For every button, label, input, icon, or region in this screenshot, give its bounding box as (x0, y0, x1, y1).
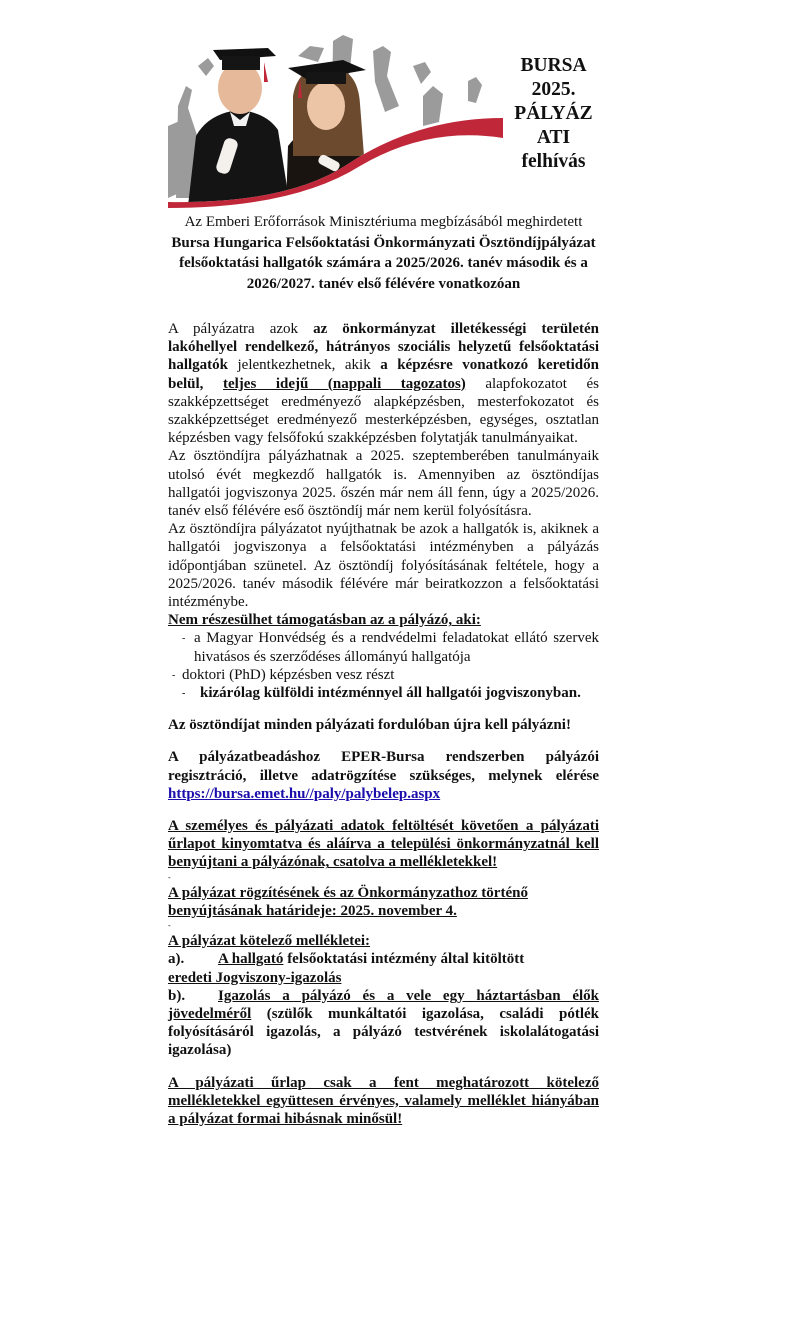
eligibility-paragraph: A pályázatra azok az önkormányzat illeté… (168, 320, 599, 447)
attachment-label: a). (168, 950, 218, 968)
text: jelentkezhetnek, akik (228, 357, 380, 373)
intro: Az Emberi Erőforrások Minisztériuma megb… (168, 212, 599, 294)
list-item-text: doktori (PhD) képzésben vesz részt (182, 667, 394, 683)
stray-mark: - (168, 920, 599, 932)
scholarship-title: Bursa Hungarica Felsőoktatási Önkormányz… (168, 233, 599, 295)
attachments-heading: A pályázat kötelező mellékletei: (168, 932, 599, 950)
text: A pályázatbeadáshoz EPER-Bursa rendszerb… (168, 749, 599, 783)
dash-bullet-icon: - (172, 667, 175, 685)
registration-notice: A pályázatbeadáshoz EPER-Bursa rendszerb… (168, 748, 599, 803)
list-item-text: a Magyar Honvédség és a rendvédelmi fela… (194, 630, 599, 664)
title-line: PÁLYÁZ (508, 102, 599, 126)
eper-bursa-link[interactable]: https://bursa.emet.hu//paly/palybelep.as… (168, 786, 440, 802)
title-line: 2025. (508, 78, 599, 102)
exclusions-heading: Nem részesülhet támogatásban az a pályáz… (168, 611, 599, 629)
ministry-line: Az Emberi Erőforrások Minisztériuma megb… (168, 212, 599, 233)
title-line: ATI (508, 126, 599, 150)
final-year-paragraph: Az ösztöndíjra pályázhatnak a 2025. szep… (168, 447, 599, 520)
deadline-notice: A pályázat rögzítésének és az Önkormányz… (168, 884, 599, 920)
validity-warning: A pályázati űrlap csak a fent meghatároz… (168, 1074, 599, 1129)
submission-notice: A személyes és pályázati adatok feltölté… (168, 817, 599, 872)
text: A pályázatra azok (168, 321, 313, 337)
attachment-label: b). (168, 987, 218, 1005)
graduates-banner-image (168, 26, 508, 208)
text: felsőoktatási intézmény által kitöltött (283, 951, 524, 967)
reapply-notice: Az ösztöndíjat minden pályázati fordulób… (168, 716, 599, 734)
document-body: A pályázatra azok az önkormányzat illeté… (168, 320, 599, 1128)
list-item-text: kizárólag külföldi intézménnyel áll hall… (200, 685, 581, 701)
title-line: BURSA (508, 54, 599, 78)
text-underline: eredeti Jogviszony-igazolás (168, 970, 341, 986)
suspended-status-paragraph: Az ösztöndíjra pályázatot nyújthatnak be… (168, 520, 599, 611)
attachment-a: a).A hallgató felsőoktatási intézmény ál… (168, 950, 599, 986)
flyer-title: BURSA 2025. PÁLYÁZ ATI felhívás (508, 54, 599, 174)
title-line: felhívás (508, 150, 599, 174)
list-item: -doktori (PhD) képzésben vesz részt (168, 666, 599, 684)
dash-bullet-icon: - (182, 630, 185, 648)
list-item: -kizárólag külföldi intézménnyel áll hal… (168, 684, 599, 702)
text-bold-underline: teljes idejű (nappali tagozatos) (223, 376, 466, 392)
dash-bullet-icon: - (182, 685, 185, 703)
exclusions-list: -a Magyar Honvédség és a rendvédelmi fel… (168, 629, 599, 702)
header: BURSA 2025. PÁLYÁZ ATI felhívás (168, 26, 599, 212)
list-item: -a Magyar Honvédség és a rendvédelmi fel… (168, 629, 599, 665)
text-underline: A hallgató (218, 951, 283, 967)
stray-mark: - (168, 872, 599, 884)
attachment-b: b).Igazolás a pályázó és a vele egy házt… (168, 987, 599, 1060)
